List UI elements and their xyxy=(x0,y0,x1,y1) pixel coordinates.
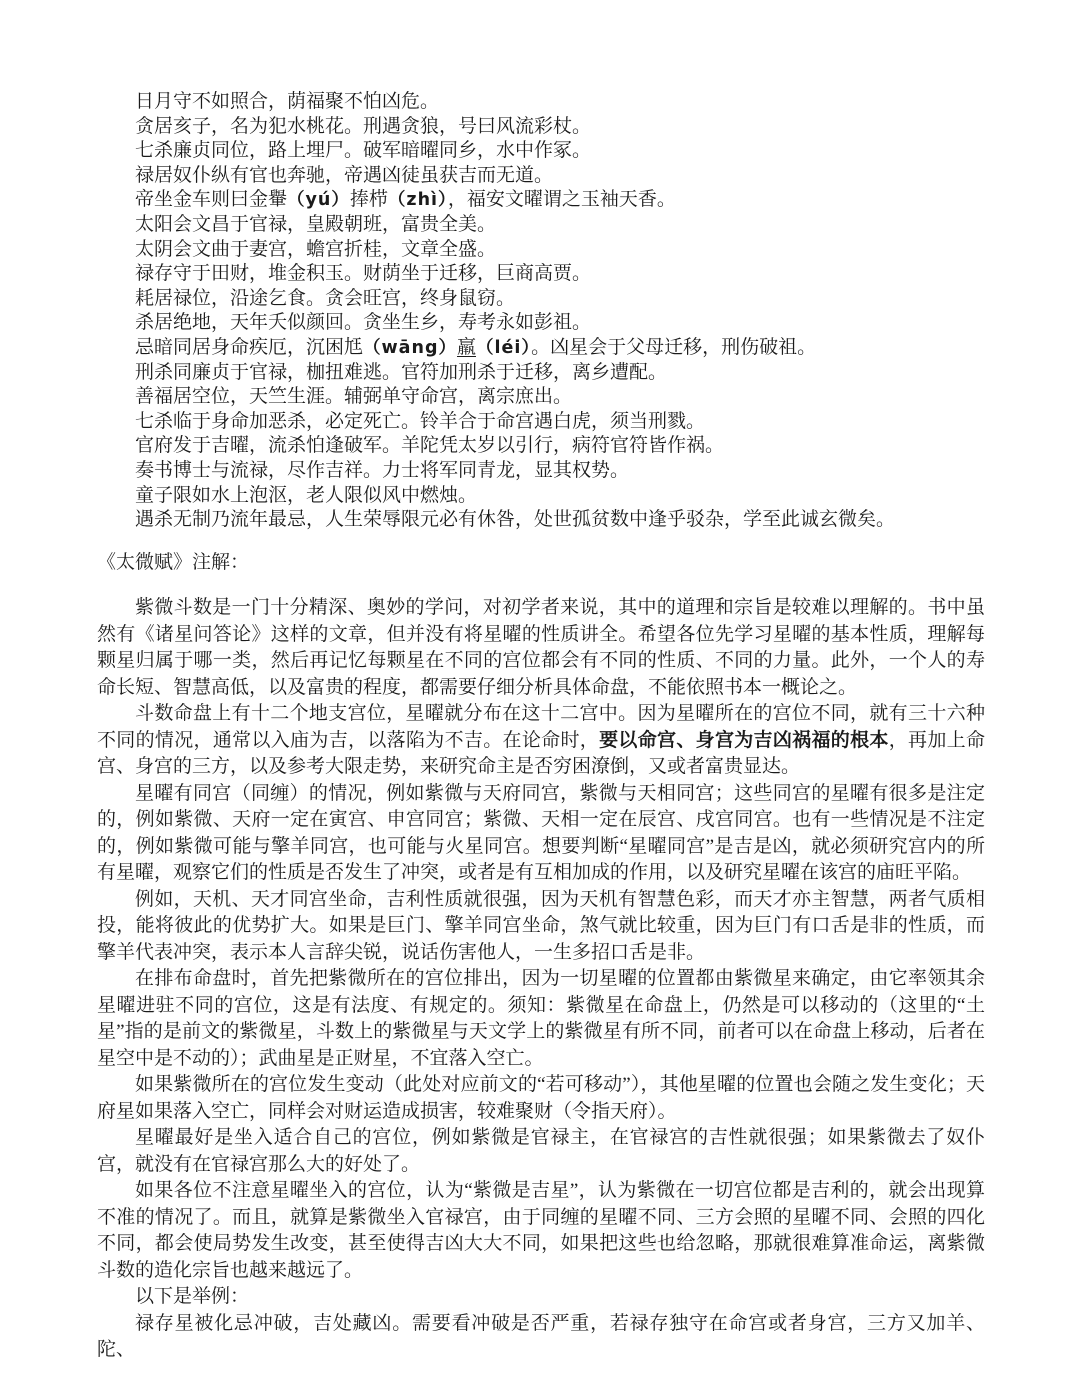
annotation-paragraph: 星曜最好是坐入适合自己的宫位，例如紫微是官禄主，在官禄宫的吉性就很强；如果紫微去… xyxy=(97,1125,985,1178)
text-segment: 例如，天机、天才同宫坐命，吉利性质就很强，因为天机有智慧色彩，而天才亦主智慧，两… xyxy=(97,889,985,963)
verse-line: 七杀临于身命加恶杀，必定死亡。铃羊合于命宫遇白虎，须当刑戮。 xyxy=(97,410,985,435)
verse-line: 禄居奴仆纵有官也奔驰，帝遇凶徒虽获吉而无道。 xyxy=(97,164,985,189)
text-segment: 忌暗同居身命疾厄，沉困尪 xyxy=(135,337,363,358)
verse-line: 奏书博士与流禄，尽作吉祥。力士将军同青龙，显其权势。 xyxy=(97,459,985,484)
annotation-paragraph: 以下是举例： xyxy=(97,1284,985,1311)
verse-line: 贪居亥子，名为犯水桃花。刑遇贪狼，号曰风流彩杖。 xyxy=(97,115,985,140)
text-segment: 刑杀同廉贞于官禄，枷扭难逃。官符加刑杀于迁移，离乡遭配。 xyxy=(135,362,667,383)
taiwei-fu-verse-section: 日月守不如照合，荫福聚不怕凶危。贪居亥子，名为犯水桃花。刑遇贪狼，号曰风流彩杖。… xyxy=(97,90,985,533)
pinyin-annotation: （zhì） xyxy=(388,190,448,210)
annotation-paragraph: 如果紫微所在的宫位发生变动（此处对应前文的“若可移动”），其他星曜的位置也会随之… xyxy=(97,1072,985,1125)
verse-line: 耗居禄位，沿途乞食。贪会旺宫，终身鼠窃。 xyxy=(97,287,985,312)
text-segment: 星曜有同宫（同缠）的情况，例如紫微与天府同宫，紫微与天相同宫；这些同宫的星曜有很… xyxy=(97,783,985,884)
annotation-section-title: 《太微赋》注解： xyxy=(97,550,985,577)
text-segment: 七杀临于身命加恶杀，必定死亡。铃羊合于命宫遇白虎，须当刑戮。 xyxy=(135,411,705,432)
text-segment: 童子限如水上泡沤，老人限似风中燃烛。 xyxy=(135,485,477,506)
verse-line: 杀居绝地，天年夭似颜回。贪坐生乡，寿考永如彭祖。 xyxy=(97,311,985,336)
text-segment: 贪居亥子，名为犯水桃花。刑遇贪狼，号曰风流彩杖。 xyxy=(135,116,591,137)
verse-line: 遇杀无制乃流年最忌，人生荣辱限元必有休咎，处世孤贫数中逢乎驳杂，学至此诚玄微矣。 xyxy=(97,508,985,533)
verse-line: 童子限如水上泡沤，老人限似风中燃烛。 xyxy=(97,484,985,509)
annotation-paragraph: 如果各位不注意星曜坐入的宫位，认为“紫微是吉星”，认为紫微在一切宫位都是吉利的，… xyxy=(97,1178,985,1284)
verse-line: 刑杀同廉贞于官禄，枷扭难逃。官符加刑杀于迁移，离乡遭配。 xyxy=(97,361,985,386)
verse-line: 忌暗同居身命疾厄，沉困尪（wāng）羸（léi）。凶星会于父母迁移，刑伤破祖。 xyxy=(97,336,985,361)
text-segment: 善福居空位，天竺生涯。辅弼单守命宫，离宗庶出。 xyxy=(135,386,572,407)
text-segment: 以下是举例： xyxy=(135,1286,249,1307)
annotation-paragraph: 例如，天机、天才同宫坐命，吉利性质就很强，因为天机有智慧色彩，而天才亦主智慧，两… xyxy=(97,887,985,967)
verse-line: 帝坐金车则曰金轝（yú）捧栉（zhì），福安文曜谓之玉袖天香。 xyxy=(97,188,985,213)
pinyin-annotation: （léi） xyxy=(476,338,531,358)
text-segment: ，福安文曜谓之玉袖天香。 xyxy=(448,189,676,210)
text-segment: 禄存守于田财，堆金积玉。财荫坐于迁移，巨商高贾。 xyxy=(135,263,591,284)
text-segment: 禄居奴仆纵有官也奔驰，帝遇凶徒虽获吉而无道。 xyxy=(135,165,553,186)
text-segment: 太阴会文曲于妻宫，蟾宫折桂，文章全盛。 xyxy=(135,239,496,260)
annotation-paragraph: 紫微斗数是一门十分精深、奥妙的学问，对初学者来说，其中的道理和宗旨是较难以理解的… xyxy=(97,595,985,701)
pinyin-annotation: （wāng） xyxy=(363,338,457,358)
annotation-paragraph: 斗数命盘上有十二个地支宫位，星曜就分布在这十二宫中。因为星曜所在的宫位不同，就有… xyxy=(97,701,985,781)
annotation-paragraph: 星曜有同宫（同缠）的情况，例如紫微与天府同宫，紫微与天相同宫；这些同宫的星曜有很… xyxy=(97,781,985,887)
text-segment: 要以命宫、身宫为吉凶祸福的根本 xyxy=(599,730,889,751)
document-page: 日月守不如照合，荫福聚不怕凶危。贪居亥子，名为犯水桃花。刑遇贪狼，号曰风流彩杖。… xyxy=(0,0,1080,1397)
verse-line: 禄存守于田财，堆金积玉。财荫坐于迁移，巨商高贾。 xyxy=(97,262,985,287)
text-segment: 在排布命盘时，首先把紫微所在的宫位排出，因为一切星曜的位置都由紫微星来确定，由它… xyxy=(97,968,985,1069)
text-segment: 官府发于吉曜，流杀怕逢破军。羊陀凭太岁以引行，病符官符皆作祸。 xyxy=(135,435,724,456)
text-segment: 禄存星被化忌冲破，吉处藏凶。需要看冲破是否严重，若禄存独守在命宫或者身宫，三方又… xyxy=(97,1313,985,1361)
text-segment: 如果各位不注意星曜坐入的宫位，认为“紫微是吉星”，认为紫微在一切宫位都是吉利的，… xyxy=(97,1180,985,1281)
text-segment: 七杀廉贞同位，路上埋尸。破军暗曜同乡，水中作冢。 xyxy=(135,140,591,161)
text-segment: 。凶星会于父母迁移，刑伤破祖。 xyxy=(531,337,816,358)
annotation-paragraphs-section: 紫微斗数是一门十分精深、奥妙的学问，对初学者来说，其中的道理和宗旨是较难以理解的… xyxy=(97,595,985,1364)
text-segment: 紫微斗数是一门十分精深、奥妙的学问，对初学者来说，其中的道理和宗旨是较难以理解的… xyxy=(97,597,985,698)
text-segment: 日月守不如照合，荫福聚不怕凶危。 xyxy=(135,91,439,112)
text-segment: 帝坐金车则曰金轝 xyxy=(135,189,287,210)
verse-line: 七杀廉贞同位，路上埋尸。破军暗曜同乡，水中作冢。 xyxy=(97,139,985,164)
text-segment: 太阳会文昌于官禄，皇殿朝班，富贵全美。 xyxy=(135,214,496,235)
verse-line: 太阳会文昌于官禄，皇殿朝班，富贵全美。 xyxy=(97,213,985,238)
text-segment: 羸 xyxy=(457,337,476,358)
pinyin-annotation: （yú） xyxy=(287,190,350,210)
annotation-paragraph: 禄存星被化忌冲破，吉处藏凶。需要看冲破是否严重，若禄存独守在命宫或者身宫，三方又… xyxy=(97,1311,985,1364)
text-segment: 杀居绝地，天年夭似颜回。贪坐生乡，寿考永如彭祖。 xyxy=(135,312,591,333)
text-segment: 遇杀无制乃流年最忌，人生荣辱限元必有休咎，处世孤贫数中逢乎驳杂，学至此诚玄微矣。 xyxy=(135,509,895,530)
text-segment: 耗居禄位，沿途乞食。贪会旺宫，终身鼠窃。 xyxy=(135,288,515,309)
verse-line: 官府发于吉曜，流杀怕逢破军。羊陀凭太岁以引行，病符官符皆作祸。 xyxy=(97,434,985,459)
verse-line: 太阴会文曲于妻宫，蟾宫折桂，文章全盛。 xyxy=(97,238,985,263)
verse-line: 日月守不如照合，荫福聚不怕凶危。 xyxy=(97,90,985,115)
verse-line: 善福居空位，天竺生涯。辅弼单守命宫，离宗庶出。 xyxy=(97,385,985,410)
text-segment: 捧栉 xyxy=(350,189,388,210)
annotation-paragraph: 在排布命盘时，首先把紫微所在的宫位排出，因为一切星曜的位置都由紫微星来确定，由它… xyxy=(97,966,985,1072)
text-segment: 奏书博士与流禄，尽作吉祥。力士将军同青龙，显其权势。 xyxy=(135,460,629,481)
text-segment: 星曜最好是坐入适合自己的宫位，例如紫微是官禄主，在官禄宫的吉性就很强；如果紫微去… xyxy=(97,1127,985,1175)
text-segment: 如果紫微所在的宫位发生变动（此处对应前文的“若可移动”），其他星曜的位置也会随之… xyxy=(97,1074,985,1122)
